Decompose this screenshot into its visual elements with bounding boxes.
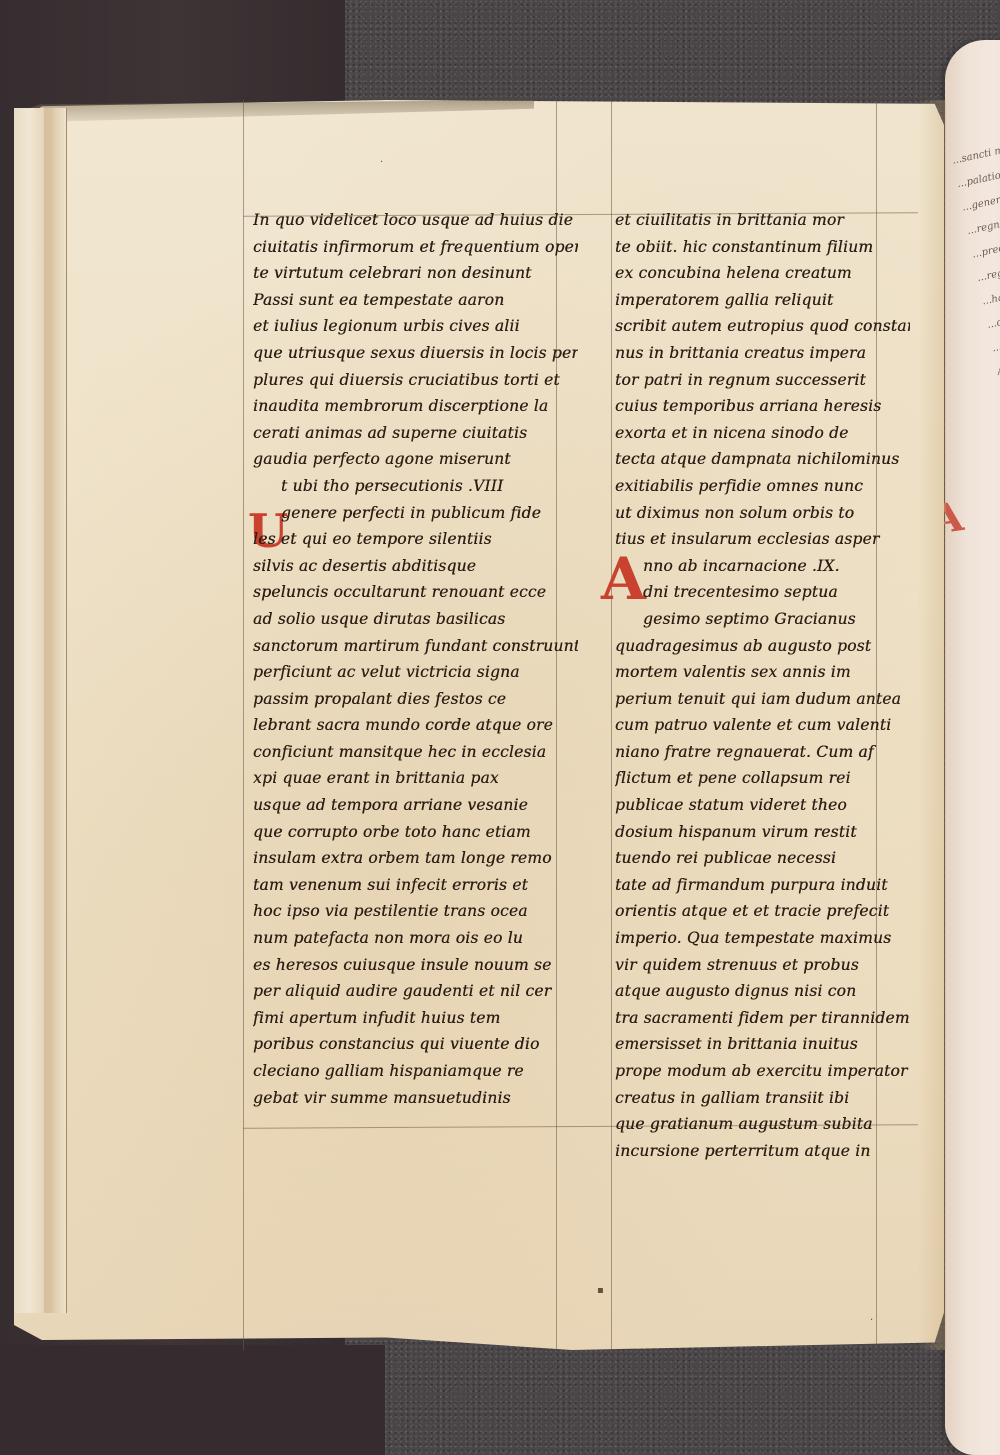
text-line: lebrant sacra mundo corde atque ore — [253, 712, 578, 739]
text-line: xpi quae erant in brittania pax — [253, 765, 578, 792]
text-line: poribus constancius qui viuente dio — [253, 1031, 578, 1058]
text-line: creatus in galliam transiit ibi — [615, 1085, 910, 1112]
text-line: niano fratre regnauerat. Cum af — [615, 739, 910, 766]
text-line: Passi sunt ea tempestate aaron — [253, 287, 578, 314]
text-line: tra sacramenti fidem per tirannidem — [615, 1005, 910, 1032]
text-line: In quo videlicet loco usque ad huius die — [253, 207, 578, 234]
text-line: orientis atque et et tracie prefecit — [615, 898, 910, 925]
text-line: fimi apertum infudit huius tem — [253, 1005, 578, 1032]
text-line: tecta atque dampnata nichilominus — [615, 446, 910, 473]
binding-strip — [14, 108, 67, 1313]
text-line: inaudita membrorum discerptione la — [253, 393, 578, 420]
text-line: per aliquid audire gaudenti et nil cer — [253, 978, 578, 1005]
text-line: scribit autem eutropius quod constanti — [615, 313, 910, 340]
text-column-right: et ciuilitatis in brittania morte obiit.… — [615, 207, 910, 1164]
text-column-left: In quo videlicet loco usque ad huius die… — [253, 207, 578, 1111]
text-line: imperatorem gallia reliquit — [615, 287, 910, 314]
text-line: tius et insularum ecclesias asper — [615, 526, 910, 553]
text-line: gaudia perfecto agone miserunt — [253, 446, 578, 473]
text-line: ex concubina helena creatum — [615, 260, 910, 287]
text-line: cum patruo valente et cum valenti — [615, 712, 910, 739]
text-line: dni trecentesimo septua — [615, 579, 910, 606]
text-line: mortem valentis sex annis im — [615, 659, 910, 686]
text-line: passim propalant dies festos ce — [253, 686, 578, 713]
text-line: vir quidem strenuus et probus — [615, 952, 910, 979]
text-line: hoc ipso via pestilentie trans ocea — [253, 898, 578, 925]
text-line: incursione perterritum atque in — [615, 1138, 910, 1165]
text-line: exitiabilis perfidie omnes nunc — [615, 473, 910, 500]
text-line: atque augusto dignus nisi con — [615, 978, 910, 1005]
text-line: et ciuilitatis in brittania mor — [615, 207, 910, 234]
text-line: es heresos cuiusque insule nouum se — [253, 952, 578, 979]
text-line: et iulius legionum urbis cives alii — [253, 313, 578, 340]
text-line: imperio. Qua tempestate maximus — [615, 925, 910, 952]
ink-speck: · — [870, 1315, 873, 1326]
text-line: nno ab incarnacione .IX. — [615, 553, 910, 580]
text-line: que gratianum augustum subita — [615, 1111, 910, 1138]
text-line: ad solio usque dirutas basilicas — [253, 606, 578, 633]
ink-speck: ▪ — [597, 1285, 604, 1296]
ruling-line — [611, 100, 612, 1350]
text-line: tuendo rei publicae necessi — [615, 845, 910, 872]
text-line: tor patri in regnum successerit — [615, 367, 910, 394]
text-line: insulam extra orbem tam longe remo — [253, 845, 578, 872]
text-line: tate ad firmandum purpura induit — [615, 872, 910, 899]
text-line: flictum et pene collapsum rei — [615, 765, 910, 792]
text-line: tam venenum sui infecit erroris et — [253, 872, 578, 899]
text-line: num patefacta non mora ois eo lu — [253, 925, 578, 952]
text-line: cerati animas ad superne ciuitatis — [253, 420, 578, 447]
text-line: genere perfecti in publicum fide — [253, 500, 578, 527]
text-line: que utriusque sexus diuersis in locis pe… — [253, 340, 578, 367]
text-line: publicae statum videret theo — [615, 792, 910, 819]
text-line: les et qui eo tempore silentiis — [253, 526, 578, 553]
text-line: nus in brittania creatus impera — [615, 340, 910, 367]
text-line: plures qui diuersis cruciatibus torti et — [253, 367, 578, 394]
text-line: exorta et in nicena sinodo de — [615, 420, 910, 447]
text-line: usque ad tempora arriane vesanie — [253, 792, 578, 819]
text-line: conficiunt mansitque hec in ecclesia — [253, 739, 578, 766]
text-line: gesimo septimo Gracianus — [615, 606, 910, 633]
text-line: t ubi tho persecutionis .VIII — [253, 473, 578, 500]
text-line: dosium hispanum virum restit — [615, 819, 910, 846]
text-line: perium tenuit qui iam dudum antea — [615, 686, 910, 713]
text-line: emersisset in brittania inuitus — [615, 1031, 910, 1058]
text-line: silvis ac desertis abditisque — [253, 553, 578, 580]
text-line: te virtutum celebrari non desinunt — [253, 260, 578, 287]
text-line: gebat vir summe mansuetudinis — [253, 1085, 578, 1112]
text-line: ciuitatis infirmorum et frequentium oper… — [253, 234, 578, 261]
text-line: que corrupto orbe toto hanc etiam — [253, 819, 578, 846]
ink-speck: · — [380, 157, 383, 168]
text-line: quadragesimus ab augusto post — [615, 633, 910, 660]
text-line: sanctorum martirum fundant construunt — [253, 633, 578, 660]
background-dark-surface-bottom — [0, 1345, 385, 1455]
text-line: cuius temporibus arriana heresis — [615, 393, 910, 420]
ruling-line — [243, 100, 244, 1350]
page-gutter-shadow — [918, 100, 946, 1350]
text-line: cleciano galliam hispaniamque re — [253, 1058, 578, 1085]
text-line: te obiit. hic constantinum filium — [615, 234, 910, 261]
text-line: ut diximus non solum orbis to — [615, 500, 910, 527]
text-line: perficiunt ac velut victricia signa — [253, 659, 578, 686]
text-line: prope modum ab exercitu imperator — [615, 1058, 910, 1085]
text-line: speluncis occultarunt renouant ecce — [253, 579, 578, 606]
